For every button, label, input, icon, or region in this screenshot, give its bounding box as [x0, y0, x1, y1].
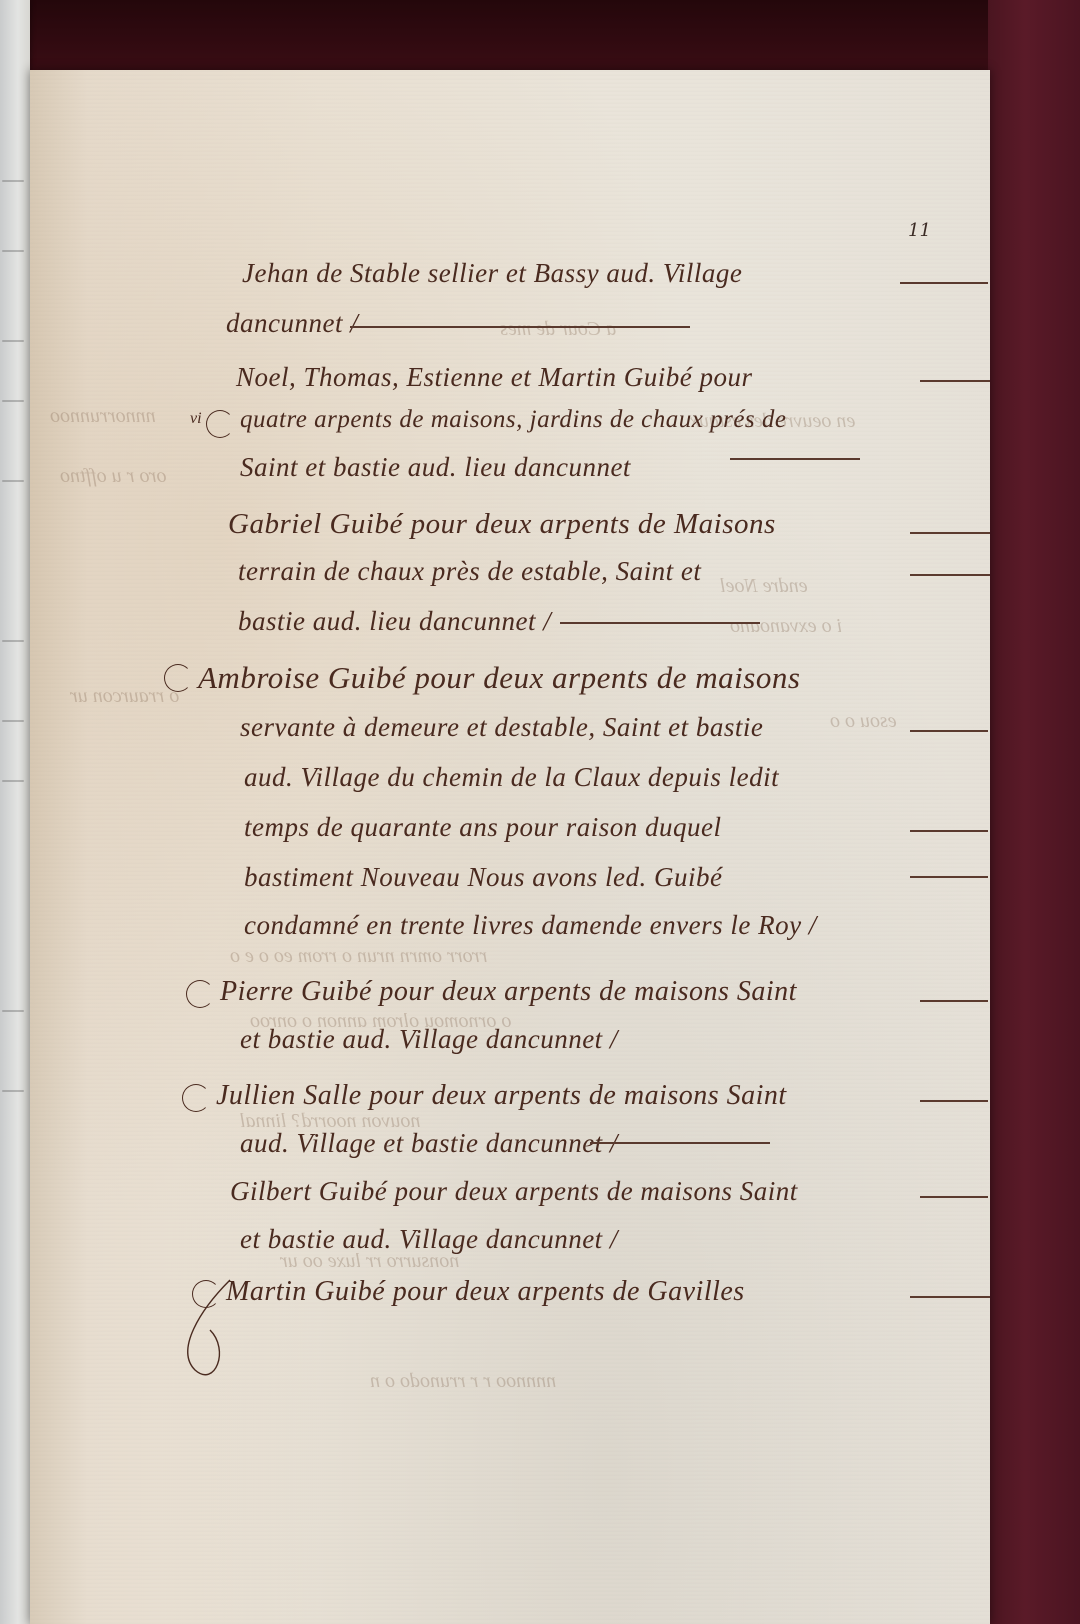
line-filler-stroke: [900, 282, 988, 284]
bleed-through-text: endre Noel: [720, 575, 808, 598]
line-filler-stroke: [560, 622, 760, 624]
ghost-ink: [2, 640, 24, 642]
folio-number: 11: [908, 220, 931, 241]
bleed-through-text: a Cour de mes: [500, 318, 616, 341]
bleed-through-text: nnnorrunnoo: [50, 405, 156, 428]
line-filler-stroke: [910, 730, 988, 732]
ghost-ink: [2, 340, 24, 342]
line-filler-stroke: [910, 574, 990, 576]
ghost-ink: [2, 1090, 24, 1092]
line-filler-stroke: [910, 876, 988, 878]
manuscript-line: servante à demeure et destable, Saint et…: [240, 712, 763, 743]
manuscript-line: Gilbert Guibé pour deux arpents de maiso…: [230, 1176, 798, 1207]
manuscript-line: bastie aud. lieu dancunnet /: [238, 606, 551, 637]
dark-background-top: [0, 0, 1080, 72]
ghost-ink: [2, 180, 24, 182]
bleed-through-text: rrorr omrn nrun o rrom eo o e o: [230, 945, 487, 968]
manuscript-line: temps de quarante ans pour raison duquel: [244, 812, 721, 843]
bleed-through-text: nnnnoo r r rrunodo o n: [370, 1370, 556, 1393]
bleed-through-text: o rraurcon ur: [70, 685, 179, 708]
ghost-ink: [2, 250, 24, 252]
manuscript-line: Ambroise Guibé pour deux arpents de mais…: [198, 660, 800, 696]
manuscript-line: quatre arpents de maisons, jardins de ch…: [240, 406, 787, 434]
bleed-through-text: oro r u offtno: [60, 465, 167, 488]
line-filler-stroke: [730, 458, 860, 460]
line-filler-stroke: [910, 830, 988, 832]
bleed-through-text: i o exvanoano: [730, 615, 842, 638]
manuscript-page: 11 a Cour de mes en oeuvre des estaux nn…: [30, 70, 990, 1624]
manuscript-line: aud. Village du chemin de la Claux depui…: [244, 762, 779, 793]
manuscript-line: Martin Guibé pour deux arpents de Gavill…: [226, 1276, 745, 1308]
margin-annotation: vi: [190, 410, 202, 428]
ghost-ink: [2, 400, 24, 402]
flourish-stroke: [170, 1270, 290, 1390]
line-filler-stroke: [910, 532, 990, 534]
line-filler-stroke: [910, 1296, 990, 1298]
burgundy-cover-edge: [988, 0, 1080, 1624]
line-filler-stroke: [920, 1196, 988, 1198]
ghost-ink: [2, 720, 24, 722]
line-filler-stroke: [920, 1000, 988, 1002]
ghost-ink: [2, 480, 24, 482]
line-filler-stroke: [590, 1142, 770, 1144]
line-filler-stroke: [350, 326, 690, 328]
previous-page-edge: [0, 0, 30, 1624]
manuscript-line: Gabriel Guibé pour deux arpents de Maiso…: [228, 508, 776, 541]
line-filler-stroke: [920, 380, 990, 382]
line-filler-stroke: [920, 1100, 988, 1102]
ghost-ink: [2, 780, 24, 782]
manuscript-line: Saint et bastie aud. lieu dancunnet: [240, 452, 631, 483]
ghost-ink: [2, 1010, 24, 1012]
manuscript-line: Jehan de Stable sellier et Bassy aud. Vi…: [242, 258, 742, 289]
manuscript-line: dancunnet /: [226, 308, 358, 339]
manuscript-line: Pierre Guibé pour deux arpents de maison…: [220, 976, 797, 1008]
bleed-through-text: esou o o: [830, 710, 897, 733]
manuscript-line: aud. Village et bastie dancunnet /: [240, 1128, 618, 1159]
manuscript-line: et bastie aud. Village dancunnet /: [240, 1024, 618, 1055]
manuscript-line: bastiment Nouveau Nous avons led. Guibé: [244, 862, 722, 893]
manuscript-line: Noel, Thomas, Estienne et Martin Guibé p…: [236, 362, 752, 393]
manuscript-line: terrain de chaux près de estable, Saint …: [238, 556, 701, 587]
manuscript-line: Jullien Salle pour deux arpents de maiso…: [216, 1080, 787, 1112]
manuscript-line: et bastie aud. Village dancunnet /: [240, 1224, 618, 1255]
manuscript-line: condamné en trente livres damende envers…: [244, 910, 817, 941]
